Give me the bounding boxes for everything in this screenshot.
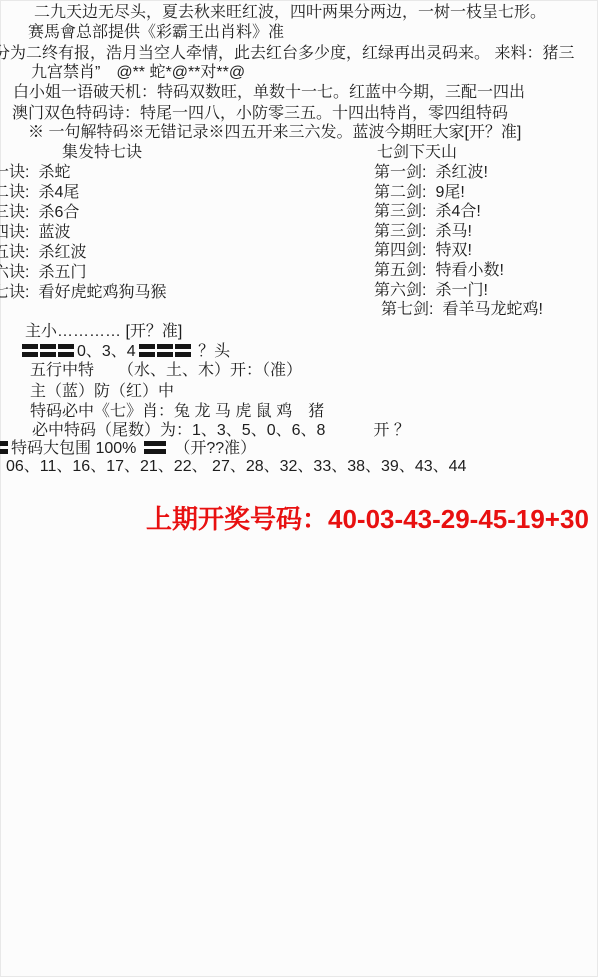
jifa-row-value: 杀红波: [38, 244, 86, 261]
qijian-row-value: 杀一门!: [435, 282, 487, 299]
previous-draw-result: 上期开奖号码：40-03-43-29-45-19+30: [146, 503, 589, 535]
provider-line: 赛馬會总部提供《彩霸王出肖料》准: [28, 23, 284, 43]
qijian-row: 第三剑:杀马!: [374, 222, 543, 242]
bars-numbers: 0、3、4: [77, 343, 136, 360]
jifa-row-value: 蓝波: [38, 224, 70, 241]
qijian-row: 第二剑:9尾!: [374, 183, 543, 203]
yijujie-line: ※ 一句解特码※无错记录※四五开来三六发。蓝波今期旺大家[开？准]: [28, 123, 521, 143]
zhuxiao-line: 主小………… [开？准]: [25, 322, 182, 342]
qijian-row: 第三剑:杀4合!: [374, 202, 543, 222]
jifa-row-value: 杀五门: [38, 264, 86, 281]
jifa-row-label: 五诀:: [0, 244, 29, 261]
jifa-row-value: 杀4尾: [38, 184, 79, 201]
qijian-row: 第一剑:杀红波!: [374, 163, 543, 183]
jifa-row: 三诀:杀6合: [0, 203, 166, 223]
qijian-row: 第六剑:杀一门!: [374, 281, 543, 301]
jifa-row: 六诀:杀五门: [0, 263, 166, 283]
baowei-note: （开??准）: [174, 440, 256, 457]
jifa-row: 五诀:杀红波: [0, 243, 166, 263]
jifa-row-value: 看好虎蛇鸡狗马猴: [38, 284, 166, 301]
qijian-row: 第七剑:看羊马龙蛇鸡!: [374, 300, 543, 320]
baixiaojie-line: 白小姐一语破天机：特码双数旺，单数十一七。红蓝中今期，三配一四出: [13, 83, 525, 103]
poem-line-1: 二九天边无尽头，夏去秋来旺红波，四叶两果分两边，一树一枝呈七形。: [34, 3, 546, 23]
baowei-label: 特码大包围 100%: [11, 440, 136, 457]
jifa-row-value: 杀6合: [38, 204, 79, 221]
jifa-row: 二诀:杀4尾: [0, 183, 166, 203]
aomen-line: 澳门双色特码诗：特尾一四八，小防零三五。十四出特肖，零四组特码: [12, 104, 508, 124]
bizhong-xiao-line: 特码必中《七》肖：兔 龙 马 虎 鼠 鸡 猪: [30, 402, 324, 422]
jifa-row: 四诀:蓝波: [0, 223, 166, 243]
qijian-row-label: 第三剑:: [374, 203, 426, 220]
qijian-row: 第四剑:特双!: [374, 241, 543, 261]
jifa-title: 集发特七诀: [62, 144, 142, 162]
qijian-row-value: 看羊马龙蛇鸡!: [442, 301, 542, 318]
qijian-row-value: 特看小数!: [435, 262, 503, 279]
jifa-row-label: 七诀:: [0, 284, 29, 301]
qijian-row-label: 第三剑:: [374, 223, 426, 240]
jifa-row-label: 四诀:: [0, 224, 29, 241]
qijian-column: 第一剑:杀红波! 第二剑:9尾! 第三剑:杀4合! 第三剑:杀马! 第四剑:特双…: [374, 163, 543, 320]
qijian-title: 七剑下天山: [377, 144, 457, 162]
qijian-row-label: 第五剑:: [374, 262, 426, 279]
qijian-row-label: 第四剑:: [374, 242, 426, 259]
jifa-row-label: 六诀:: [0, 264, 29, 281]
qijian-row: 第五剑:特看小数!: [374, 261, 543, 281]
black-bars-icon: [22, 344, 74, 362]
qijian-row-value: 杀红波!: [435, 164, 487, 181]
qijian-row-label: 第二剑:: [374, 184, 426, 201]
jifa-row-label: 一诀:: [0, 164, 29, 181]
jifa-row-label: 二诀:: [0, 184, 29, 201]
black-bar-clipped-icon: [0, 441, 8, 454]
wuxing-line: 五行中特 （水、土、木）开：（准）: [30, 361, 302, 381]
black-bar-icon: [144, 441, 166, 454]
qijian-row-label: 第七剑:: [381, 301, 433, 318]
qijian-row-label: 第六剑:: [374, 282, 426, 299]
baowei-line: 特码大包围 100%（开??准）: [0, 439, 256, 459]
jiugong-line: 九宫禁肖” @** 蛇*@**对**@: [31, 63, 245, 83]
qijian-row-label: 第一剑:: [374, 164, 426, 181]
jifa-column: 一诀:杀蛇 二诀:杀4尾 三诀:杀6合 四诀:蓝波 五诀:杀红波 六诀:杀五门 …: [0, 163, 166, 303]
bars-suffix: ？头: [198, 343, 230, 360]
jifa-row-label: 三诀:: [0, 204, 29, 221]
poem-line-2: 分为二终有报，浩月当空人牵情，此去红台多少度，红绿再出灵码来。 来料：猪三 开?: [0, 44, 598, 64]
qijian-row-value: 特双!: [435, 242, 471, 259]
black-bars-icon: [139, 344, 191, 362]
lottery-tip-sheet: 二九天边无尽头，夏去秋来旺红波，四叶两果分两边，一树一枝呈七形。 赛馬會总部提供…: [0, 0, 598, 977]
jifa-row-value: 杀蛇: [38, 164, 70, 181]
bars-line: 0、3、4 ？头: [19, 343, 230, 362]
bizhong-wei-line: 必中特码（尾数）为：1、3、5、0、6、8 开 ？: [32, 421, 410, 441]
qijian-row-value: 9尾!: [435, 184, 464, 201]
zhulan-line: 主（蓝）防（红）中: [30, 382, 174, 402]
jifa-row: 一诀:杀蛇: [0, 163, 166, 183]
numbers-line: 06、11、16、17、21、22、 27、28、32、33、38、39、43、…: [6, 457, 466, 477]
jifa-row: 七诀:看好虎蛇鸡狗马猴: [0, 283, 166, 303]
qijian-row-value: 杀4合!: [435, 203, 480, 220]
qijian-row-value: 杀马!: [435, 223, 471, 240]
